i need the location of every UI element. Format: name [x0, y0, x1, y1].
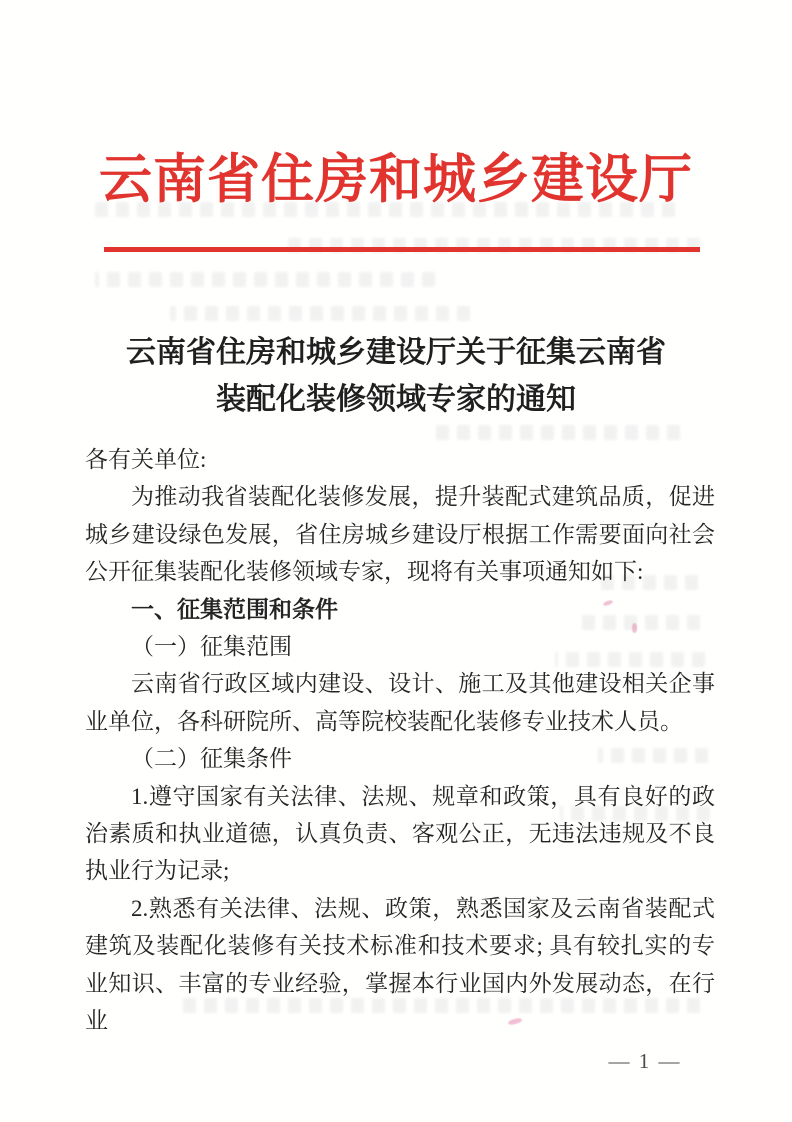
bleedthrough-artifact — [170, 306, 470, 321]
bleedthrough-artifact — [95, 272, 435, 287]
letterhead-agency-name: 云南省住房和城乡建设厅 — [0, 137, 792, 213]
condition-item-2: 2.熟悉有关法律、法规、政策，熟悉国家及云南省装配式建筑及装配化装修有关技术标准… — [85, 890, 715, 1040]
section-heading-scope-and-conditions: 一、征集范围和条件 — [85, 591, 715, 628]
subsection-heading-scope: （一）征集范围 — [85, 628, 715, 665]
document-title-line2: 装配化装修领域专家的通知 — [0, 376, 792, 423]
page-number: — 1 — — [575, 1049, 715, 1074]
subsection-heading-conditions: （二）征集条件 — [85, 740, 715, 777]
letterhead-rule-divider — [104, 247, 700, 252]
scanned-document-page: 云南省住房和城乡建设厅 云南省住房和城乡建设厅关于征集云南省 装配化装修领域专家… — [0, 0, 792, 1122]
document-title: 云南省住房和城乡建设厅关于征集云南省 装配化装修领域专家的通知 — [0, 329, 792, 423]
salutation: 各有关单位: — [85, 441, 715, 478]
document-title-line1: 云南省住房和城乡建设厅关于征集云南省 — [0, 329, 792, 376]
bleedthrough-artifact — [430, 425, 680, 440]
document-body: 各有关单位: 为推动我省装配化装修发展，提升装配式建筑品质，促进城乡建设绿色发展… — [85, 441, 715, 1040]
condition-item-1: 1.遵守国家有关法律、法规、规章和政策，具有良好的政治素质和执业道德，认真负责、… — [85, 778, 715, 890]
scope-paragraph: 云南省行政区域内建设、设计、施工及其他建设相关企事业单位，各科研院所、高等院校装… — [85, 665, 715, 740]
intro-paragraph: 为推动我省装配化装修发展，提升装配式建筑品质，促进城乡建设绿色发展，省住房城乡建… — [85, 478, 715, 590]
